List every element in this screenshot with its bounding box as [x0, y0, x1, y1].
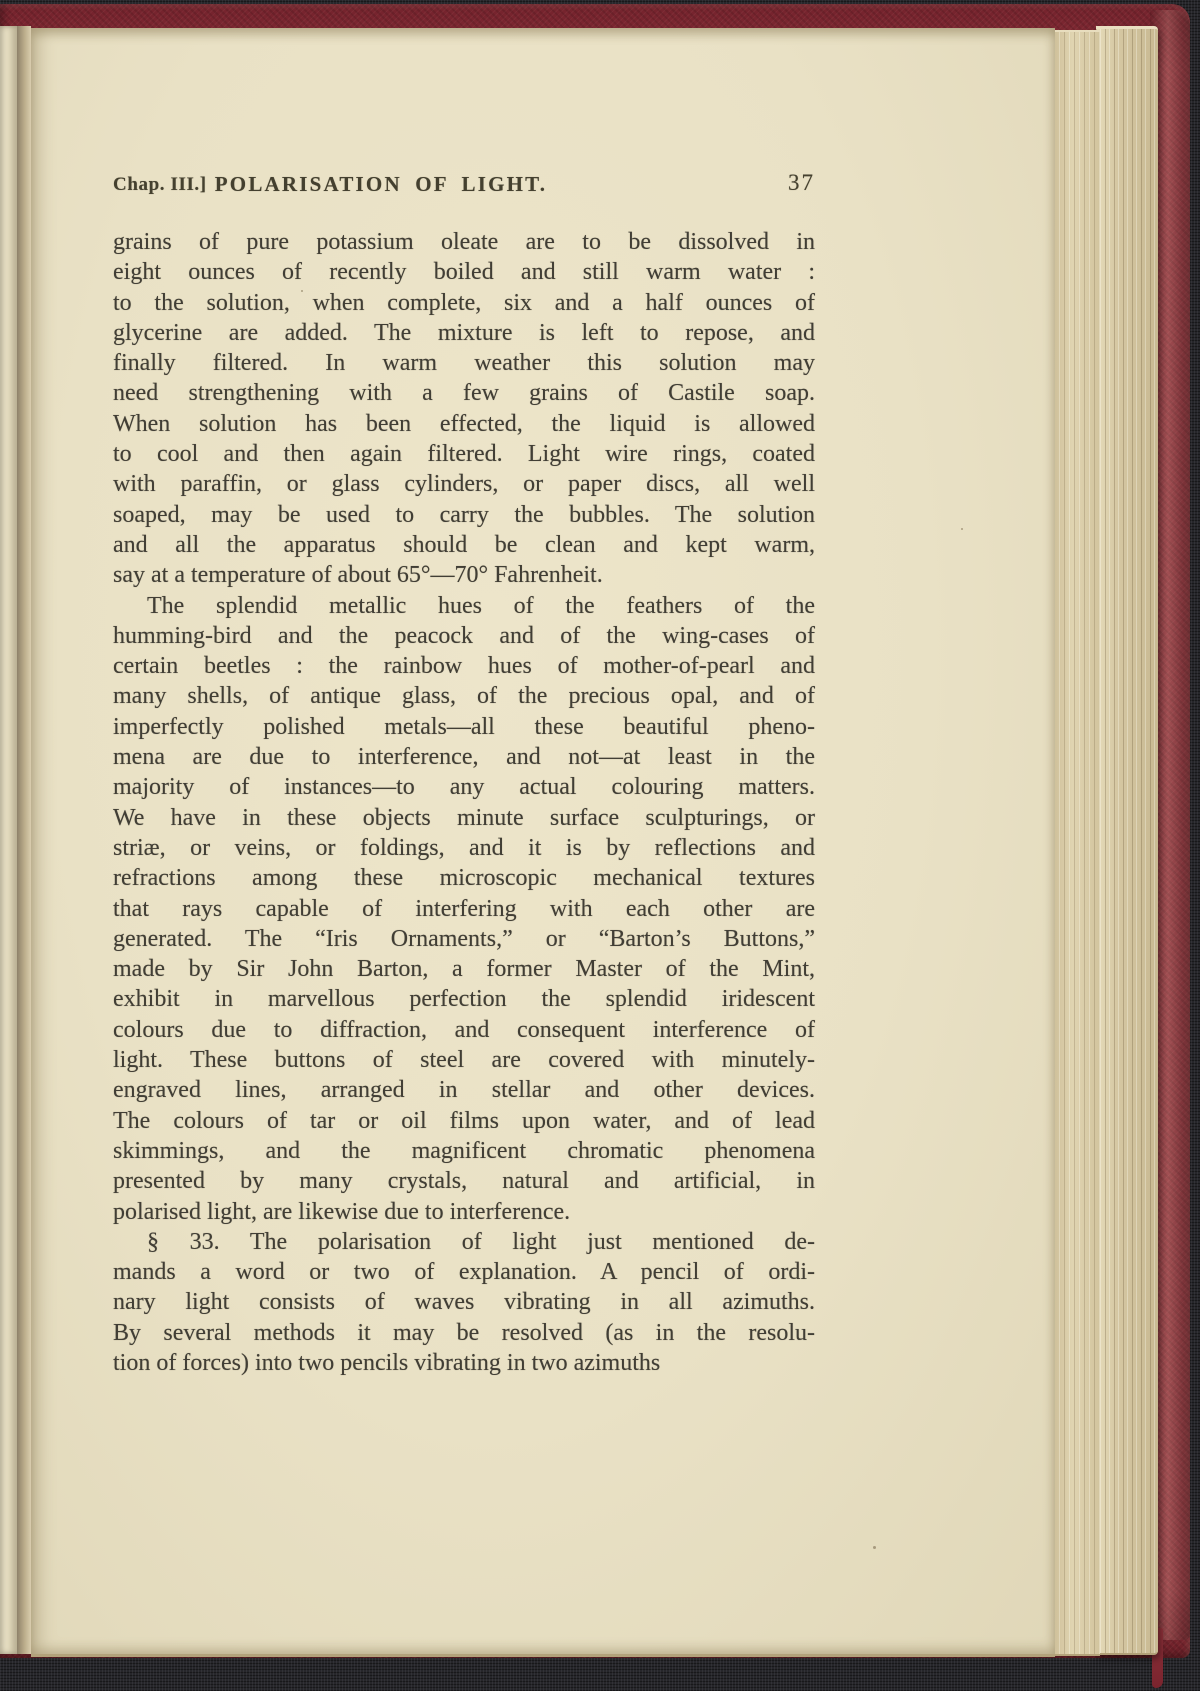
text-line: need strengthening with a few grains of …	[113, 378, 815, 408]
text-line: grains of pure potassium oleate are to b…	[113, 227, 815, 257]
text-line: polarised light, are likewise due to int…	[113, 1197, 815, 1227]
book-page: Chap. III.] POLARISATION OF LIGHT. 37 gr…	[31, 28, 1055, 1657]
text-line: The splendid metallic hues of the feathe…	[113, 591, 815, 621]
text-line: made by Sir John Barton, a former Master…	[113, 954, 815, 984]
page-edges-outer-stack	[1096, 26, 1158, 1655]
paragraph: The splendid metallic hues of the feathe…	[113, 591, 815, 1227]
text-line: and all the apparatus should be clean an…	[113, 530, 815, 560]
text-line: presented by many crystals, natural and …	[113, 1166, 815, 1196]
paper-speck	[873, 1546, 876, 1549]
text-line: to cool and then again filtered. Light w…	[113, 439, 815, 469]
text-line: refractions among these microscopic mech…	[113, 863, 815, 893]
text-line: When solution has been effected, the liq…	[113, 409, 815, 439]
text-line: The colours of tar or oil films upon wat…	[113, 1106, 815, 1136]
facing-page-sliver	[0, 26, 17, 1654]
text-line: mands a word or two of explanation. A pe…	[113, 1257, 815, 1287]
text-line: exhibit in marvellous perfection the spl…	[113, 984, 815, 1014]
text-line: say at a temperature of about 65°—70° Fa…	[113, 560, 815, 590]
paragraph: grains of pure potassium oleate are to b…	[113, 227, 815, 591]
text-line: generated. The “Iris Ornaments,” or “Bar…	[113, 924, 815, 954]
text-line: light. These buttons of steel are covere…	[113, 1045, 815, 1075]
text-line: nary light consists of waves vibrating i…	[113, 1287, 815, 1317]
paper-speck	[961, 528, 963, 530]
text-line: that rays capable of interfering with ea…	[113, 894, 815, 924]
paragraph: § 33. The polarisation of light just men…	[113, 1227, 815, 1378]
running-title: POLARISATION OF LIGHT.	[215, 172, 547, 197]
text-line: majority of instances—to any actual colo…	[113, 772, 815, 802]
page-edges-inner-stack	[1054, 30, 1100, 1656]
scanned-book-photo: { "document": { "header": { "chapter_lab…	[0, 0, 1200, 1691]
text-line: mena are due to interference, and not—at…	[113, 742, 815, 772]
text-line: eight ounces of recently boiled and stil…	[113, 257, 815, 287]
text-line: soaped, may be used to carry the bubbles…	[113, 500, 815, 530]
text-line: finally filtered. In warm weather this s…	[113, 348, 815, 378]
text-line: skimmings, and the magnificent chromatic…	[113, 1136, 815, 1166]
text-line: certain beetles : the rainbow hues of mo…	[113, 651, 815, 681]
body-text: grains of pure potassium oleate are to b…	[113, 227, 815, 1378]
text-line: colours due to diffraction, and conseque…	[113, 1015, 815, 1045]
text-line: We have in these objects minute surface …	[113, 803, 815, 833]
text-line: § 33. The polarisation of light just men…	[113, 1227, 815, 1257]
text-line: striæ, or veins, or foldings, and it is …	[113, 833, 815, 863]
text-line: many shells, of antique glass, of the pr…	[113, 681, 815, 711]
text-line: tion of forces) into two pencils vibrati…	[113, 1348, 815, 1378]
text-line: humming-bird and the peacock and of the …	[113, 621, 815, 651]
text-line: to the solution, when complete, six and …	[113, 288, 815, 318]
text-line: glycerine are added. The mixture is left…	[113, 318, 815, 348]
text-line: with paraffin, or glass cylinders, or pa…	[113, 469, 815, 499]
page-number: 37	[788, 170, 815, 196]
text-block: Chap. III.] POLARISATION OF LIGHT. 37 gr…	[113, 170, 815, 1378]
chapter-label: Chap. III.]	[113, 174, 207, 196]
gutter-shadow	[17, 26, 31, 1654]
text-line: imperfectly polished metals—all these be…	[113, 712, 815, 742]
text-line: engraved lines, arranged in stellar and …	[113, 1075, 815, 1105]
running-head: Chap. III.] POLARISATION OF LIGHT. 37	[113, 170, 815, 200]
text-line: By several methods it may be resolved (a…	[113, 1318, 815, 1348]
